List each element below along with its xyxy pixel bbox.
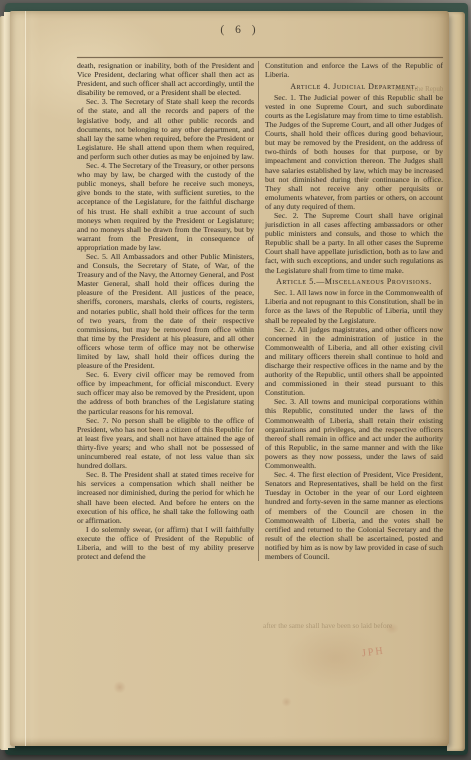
- section-7-paragraph: Sec. 7. No person shall be eligible to t…: [77, 416, 254, 471]
- article-5-heading: Article 5.—Miscellaneous Provisions.: [265, 277, 443, 286]
- article-5-section-3-paragraph: Sec. 3. All towns and municipal corporat…: [265, 397, 443, 470]
- section-4-paragraph: Sec. 4. The Secretary of the Treasury, o…: [77, 161, 254, 252]
- left-column: death, resignation or inability, both of…: [77, 61, 258, 561]
- oath-paragraph: I do solemnly swear, (or affirm) that I …: [77, 525, 254, 561]
- article-4-section-1-paragraph: Sec. 1. The Judicial power of this Repub…: [265, 93, 443, 211]
- section-8-paragraph: Sec. 8. The President shall at stated ti…: [77, 470, 254, 525]
- section-5-paragraph: Sec. 5. All Ambassadors and other Public…: [77, 252, 254, 370]
- right-column: Constitution and enforce the Laws of the…: [258, 61, 443, 561]
- article-5-section-4-paragraph: Sec. 4. The first election of President,…: [265, 470, 443, 561]
- article-4-section-2-paragraph: Sec. 2. The Supreme Court shall have ori…: [265, 211, 443, 275]
- page-edge-right: [447, 12, 465, 751]
- book-photo: ( 6 ) death, resignation or inability, b…: [0, 0, 471, 760]
- header-rule: [77, 57, 443, 58]
- ink-stamp: JPH: [361, 646, 385, 660]
- bleed-through-text: tion in the Republic of L: [395, 85, 443, 93]
- paragraph-continuation: death, resignation or inability, both of…: [77, 61, 254, 97]
- article-5-section-2-paragraph: Sec. 2. All judges magistrates, and othe…: [265, 325, 443, 398]
- section-3-paragraph: Sec. 3. The Secretary of State shall kee…: [77, 97, 254, 161]
- article-5-section-1-paragraph: Sec. 1. All laws now in force in the Com…: [265, 288, 443, 324]
- section-6-paragraph: Sec. 6. Every civil officer may be remov…: [77, 370, 254, 415]
- book-page: ( 6 ) death, resignation or inability, b…: [10, 11, 449, 746]
- paragraph-continuation: Constitution and enforce the Laws of the…: [265, 61, 443, 79]
- text-columns: death, resignation or inability, both of…: [77, 61, 443, 561]
- bleed-through-text: after the same shall have been so laid b…: [263, 621, 443, 630]
- page-number: ( 6 ): [180, 24, 300, 36]
